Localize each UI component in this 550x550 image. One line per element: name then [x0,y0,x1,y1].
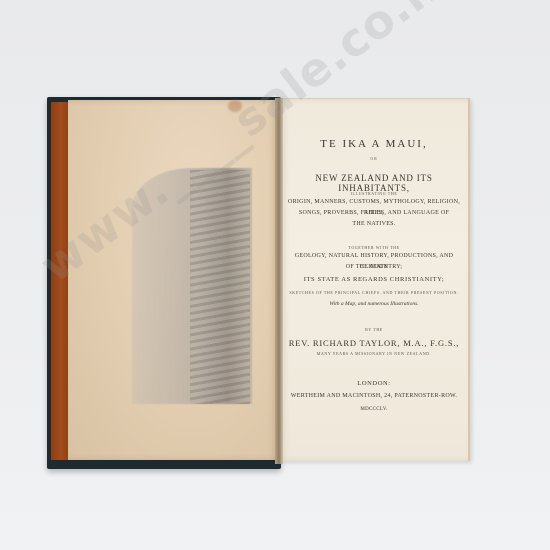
author-name: REV. RICHARD TAYLOR, M.A., F.G.S., [280,338,468,348]
title-or: OR [280,156,468,161]
together-line: TOGETHER WITH THE [280,245,468,250]
publication-place: LONDON: [280,380,468,387]
book-photo: TE IKA A MAUI, OR NEW ZEALAND AND ITS IN… [0,0,550,550]
publisher: WERTHEIM AND MACINTOSH, 24, PATERNOSTER-… [280,391,468,402]
sketches-line: SKETCHES OF THE PRINCIPAL CHIEFS, AND TH… [280,290,468,295]
subject-line-5: OF THE COUNTRY; [280,262,468,273]
plate-rock-formation [190,170,250,404]
illustrating-line: ILLUSTRATING THE [280,191,468,196]
by-line: BY THE [280,327,468,332]
book-subtitle: NEW ZEALAND AND ITS INHABITANTS, [280,173,468,193]
subject-line-2: SONGS, PROVERBS, FABLES, AND LANGUAGE OF [280,208,468,219]
book-title: TE IKA A MAUI, [280,138,468,150]
author-note: MANY YEARS A MISSIONARY IN NEW ZEALAND. [280,351,468,356]
subject-line-3: THE NATIVES. [280,219,468,230]
publication-year: MDCCCLV. [280,404,468,415]
christianity-line: ITS STATE AS REGARDS CHRISTIANITY; [280,276,468,283]
map-line: With a Map, and numerous Illustrations. [280,301,468,307]
